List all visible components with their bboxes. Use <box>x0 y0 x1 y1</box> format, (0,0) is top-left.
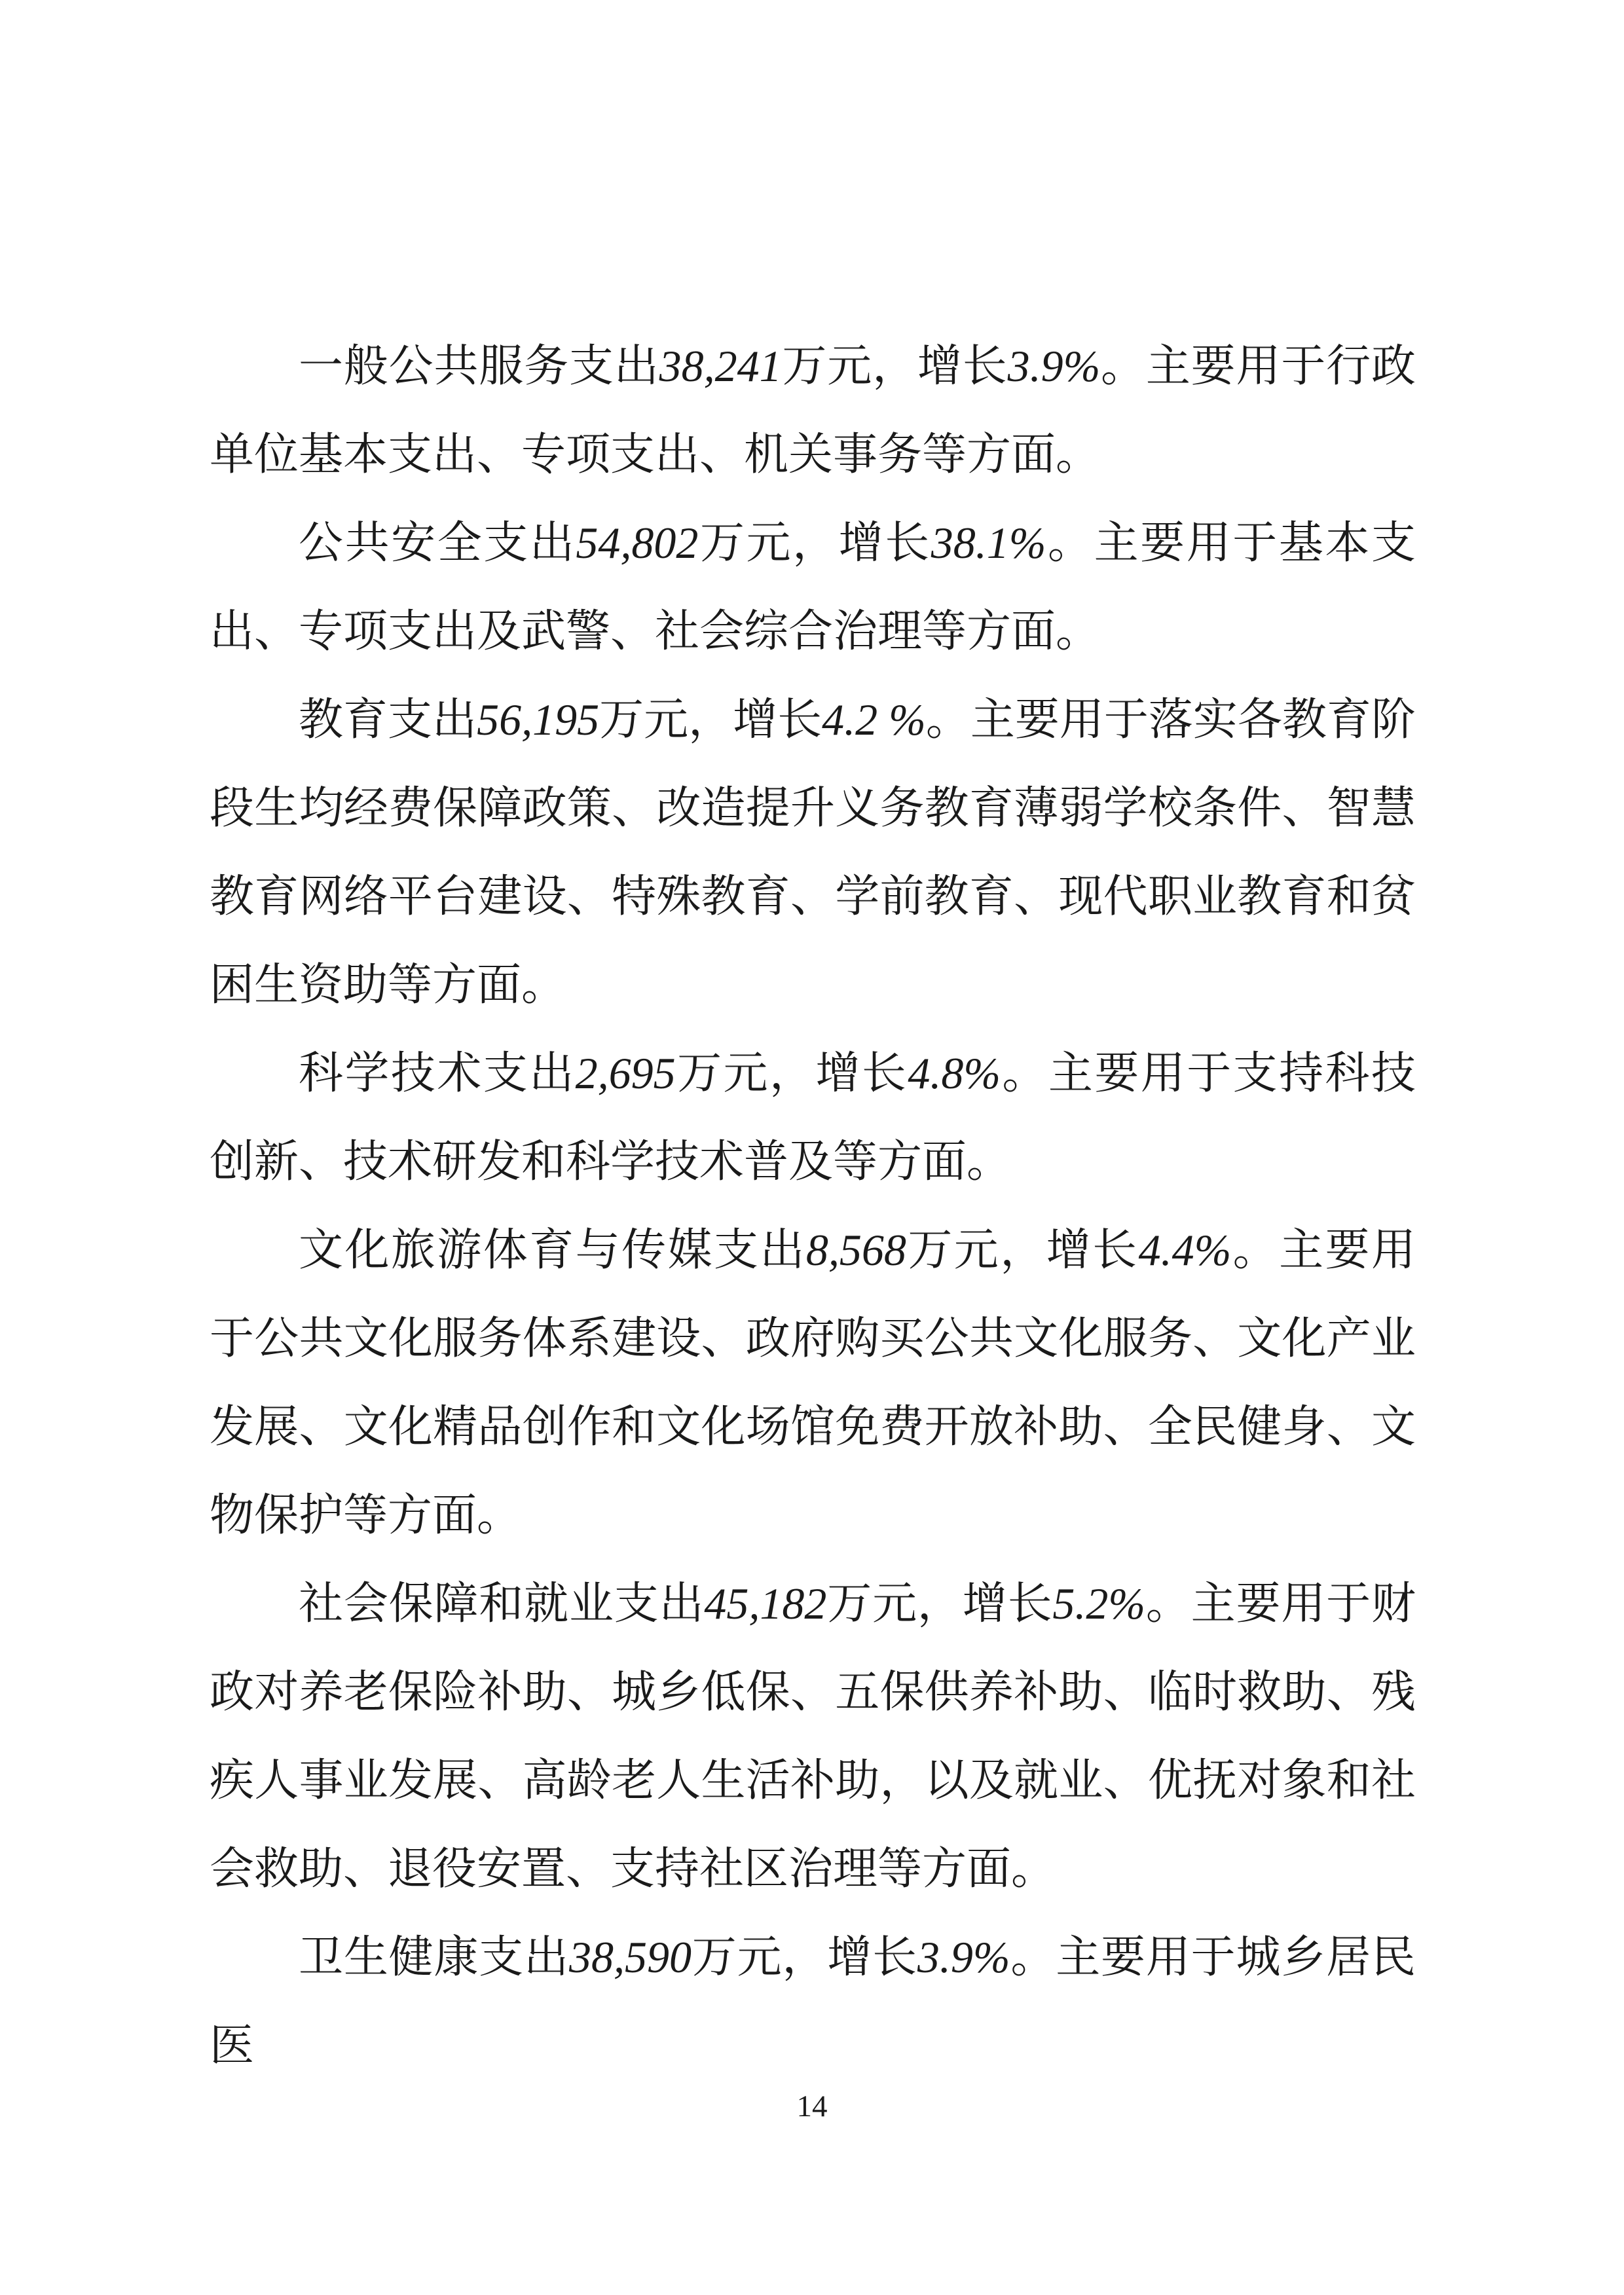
paragraph-public-security: 公共安全支出54,802万元，增长38.1%。主要用于基本支出、专项支出及武警、… <box>210 499 1416 676</box>
document-page: 一般公共服务支出38,241万元，增长3.9%。主要用于行政单位基本支出、专项支… <box>0 0 1624 2295</box>
page-number: 14 <box>0 2087 1624 2125</box>
paragraph-health: 卫生健康支出38,590万元，增长3.9%。主要用于城乡居民医 <box>210 1913 1416 2090</box>
paragraph-social-security-employment: 社会保障和就业支出45,182万元，增长5.2%。主要用于财政对养老保险补助、城… <box>210 1560 1416 1913</box>
paragraph-education: 教育支出56,195万元，增长4.2 %。主要用于落实各教育阶段生均经费保障政策… <box>210 676 1416 1029</box>
body-text: 一般公共服务支出38,241万元，增长3.9%。主要用于行政单位基本支出、专项支… <box>210 322 1416 2090</box>
paragraph-science-technology: 科学技术支出2,695万元，增长4.8%。主要用于支持科技创新、技术研发和科学技… <box>210 1029 1416 1206</box>
paragraph-general-public-services: 一般公共服务支出38,241万元，增长3.9%。主要用于行政单位基本支出、专项支… <box>210 322 1416 499</box>
paragraph-culture-tourism-sports-media: 文化旅游体育与传媒支出8,568万元，增长4.4%。主要用于公共文化服务体系建设… <box>210 1206 1416 1560</box>
